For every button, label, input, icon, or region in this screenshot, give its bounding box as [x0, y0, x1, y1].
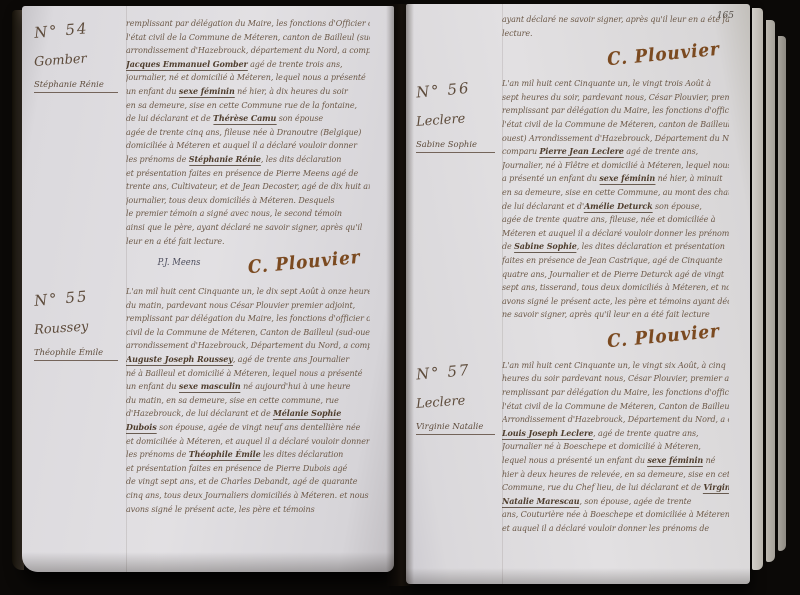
manuscript-line: Journalier, né à Flêtre et domicilié à M…: [502, 160, 729, 174]
manuscript-line: de vingt sept ans, et de Charles Debandt…: [126, 476, 370, 490]
record-margin: N° 55RousseyThéophile Émile: [26, 286, 126, 517]
manuscript-line: les prénoms de Théophile Émile les dites…: [126, 449, 370, 463]
text-segment: né aujourd'hui à une heure: [241, 382, 351, 392]
manuscript-line: les prénoms de Stéphanie Rénie, les dits…: [126, 154, 370, 168]
manuscript-line: domiciliée à Méteren et auquel il a décl…: [126, 140, 370, 154]
text-segment: son épouse, agée de vingt neuf ans dente…: [157, 423, 361, 433]
manuscript-line: avons signé le présent acte, les père et…: [126, 504, 370, 518]
text-segment: , agé de trente ans Journalier: [233, 355, 349, 365]
text-segment: civil de la Commune de Méteren, Canton d…: [126, 328, 370, 338]
underlined-name: sexe féminin: [179, 87, 235, 98]
book-gutter: [386, 4, 414, 586]
underlined-name: sexe féminin: [647, 456, 703, 467]
manuscript-line: du matin, en sa demeure, sise en cette c…: [126, 395, 370, 409]
underlined-name: Dubois: [126, 423, 157, 434]
manuscript-line: avons signé le présent acte, les père et…: [502, 296, 729, 310]
text-segment: de vingt sept ans, et de Charles Debandt…: [126, 477, 357, 487]
text-segment: un enfant du: [126, 382, 179, 392]
text-segment: , son épouse, agée de trente: [579, 497, 691, 507]
text-segment: le premier témoin a signé avec nous, le …: [126, 209, 342, 219]
text-segment: un enfant du: [126, 87, 179, 97]
birth-record: ayant déclaré ne savoir signer, après qu…: [408, 14, 746, 70]
text-segment: du matin, pardevant nous César Plouvier …: [126, 301, 355, 311]
manuscript-line: remplissant par délégation du Maire, les…: [502, 387, 729, 401]
text-segment: remplissant par délégation du Maire, les…: [502, 106, 729, 116]
underlined-name: Virginie: [703, 483, 729, 494]
manuscript-line: hier à deux heures de relevée, en sa dem…: [502, 469, 729, 483]
text-segment: trente ans, Cultivateur, et de Jean Deco…: [126, 182, 370, 192]
record-given-names: Stéphanie Rénie: [34, 79, 122, 89]
manuscript-line: arrondissement d'Hazebrouck, Département…: [126, 340, 370, 354]
text-segment: et auquel il a déclaré vouloir donner le…: [502, 524, 709, 534]
manuscript-line: Journalier né à Boeschepe et domicilié à…: [502, 441, 729, 455]
underlined-name: Louis Joseph Leclere: [502, 429, 593, 440]
text-segment: , les dits déclaration: [261, 155, 341, 165]
text-segment: et domiciliée à Méteren, et auquel il a …: [126, 437, 370, 447]
record-given-names: Sabine Sophie: [416, 139, 498, 149]
text-segment: journalier, tous deux domiciliés à Méter…: [126, 196, 334, 206]
manuscript-line: le premier témoin a signé avec nous, le …: [126, 208, 370, 222]
underlined-name: Auguste Joseph Roussey: [126, 355, 233, 366]
text-segment: avons signé le présent acte, les père et…: [126, 505, 315, 515]
page-number: 165: [717, 11, 734, 21]
text-segment: l'état civil de la Commune de Méteren, C…: [502, 402, 729, 412]
text-segment: d'Hazebrouck, de lui déclarant et de: [126, 409, 273, 419]
manuscript-line: et présentation faites en présence de Pi…: [126, 168, 370, 182]
text-segment: son épouse,: [653, 202, 702, 212]
text-segment: les prénoms de: [126, 155, 189, 165]
manuscript-line: en sa demeure, sise en cette Commune, au…: [502, 187, 729, 201]
manuscript-line: Commune, rue du Chef lieu, de lui déclar…: [502, 482, 729, 496]
right-page: 165 ayant déclaré ne savoir signer, aprè…: [406, 4, 750, 584]
text-segment: Commune, rue du Chef lieu, de lui déclar…: [502, 483, 703, 493]
text-segment: né: [703, 456, 715, 466]
text-segment: Méteren et auquel il a déclaré vouloir d…: [502, 229, 729, 239]
text-segment: et présentation faites en présence de Pi…: [126, 169, 358, 179]
underlined-name: sexe féminin: [599, 174, 655, 185]
text-segment: né hier, à dix heures du soir: [235, 87, 348, 97]
text-segment: agée de trente quatre ans, fileuse, née …: [502, 215, 715, 225]
record-margin: N° 56LeclereSabine Sophie: [408, 78, 502, 352]
text-segment: journalier, né et domicilié à Méteren, l…: [126, 73, 366, 83]
manuscript-line: arrondissement d'Hazebrouck, département…: [126, 45, 370, 59]
text-segment: arrondissement d'Hazebrouck, département…: [126, 46, 370, 56]
text-segment: de: [502, 242, 514, 252]
manuscript-line: faites en présence de Jean Castrique, ag…: [502, 255, 729, 269]
record-margin: N° 54GomberStéphanie Rénie: [26, 18, 126, 278]
record-number: N° 54: [33, 16, 122, 42]
text-segment: L'an mil huit cent Cinquante un, le ving…: [502, 361, 726, 371]
margin-underline: [34, 92, 118, 93]
underlined-name: Stéphanie Rénie: [189, 155, 261, 166]
record-surname: Leclere: [416, 109, 499, 130]
text-segment: cinq ans, tous deux Journaliers domicili…: [126, 491, 369, 501]
signature-officer: C. Plouvier: [606, 39, 720, 70]
text-segment: les prénoms de: [126, 450, 189, 460]
birth-record: N° 55RousseyThéophile ÉmileL'an mil huit…: [26, 286, 388, 517]
text-segment: agée de trente cinq ans, fileuse née à D…: [126, 128, 361, 138]
text-segment: a présenté un enfant du: [502, 174, 599, 184]
text-segment: et présentation faites en présence de Pi…: [126, 464, 347, 474]
text-segment: ouest) Arrondissement d'Hazebrouck, Dépa…: [502, 134, 729, 144]
manuscript-line: ainsi que le père, ayant déclaré ne savo…: [126, 222, 370, 236]
text-segment: Journalier né à Boeschepe et domicilié à…: [502, 442, 701, 452]
left-page-records: N° 54GomberStéphanie Rénieremplissant pa…: [26, 18, 388, 525]
text-segment: sept ans, tisserand, tous deux domicilié…: [502, 283, 729, 293]
text-segment: remplissant par délégation du Maire, les…: [126, 19, 370, 29]
manuscript-line: ouest) Arrondissement d'Hazebrouck, Dépa…: [502, 133, 729, 147]
manuscript-line: sept ans, tisserand, tous deux domicilié…: [502, 282, 729, 296]
manuscript-line: de lui déclarant et de Thérèse Camu son …: [126, 113, 370, 127]
text-segment: en sa demeure, sise en cette Commune, au…: [502, 188, 729, 198]
manuscript-line: cinq ans, tous deux Journaliers domicili…: [126, 490, 370, 504]
text-segment: , agé de trente quatre ans,: [593, 429, 698, 439]
manuscript-line: et domiciliée à Méteren, et auquel il a …: [126, 436, 370, 450]
text-segment: arrondissement d'Hazebrouck, Département…: [126, 341, 370, 351]
text-segment: avons signé le présent acte, les père et…: [502, 297, 729, 307]
page-edge: [778, 36, 786, 551]
manuscript-line: lecture.: [502, 28, 729, 42]
manuscript-line: L'an mil huit cent Cinquante un, le ving…: [502, 78, 729, 92]
record-number: N° 55: [33, 284, 122, 310]
signature-row: P.J. MeensC. Plouvier: [126, 249, 370, 278]
manuscript-line: remplissant par délégation du Maire, les…: [126, 18, 370, 32]
text-segment: hier à deux heures de relevée, en sa dem…: [502, 470, 729, 480]
text-segment: remplissant par délégation du Maire, les…: [502, 388, 729, 398]
manuscript-line: comparu Pierre Jean Leclere agé de trent…: [502, 146, 729, 160]
manuscript-line: a présenté un enfant du sexe féminin né …: [502, 173, 729, 187]
margin-underline: [416, 152, 495, 153]
text-segment: ne savoir signer, après qu'il leur en a …: [502, 310, 710, 320]
manuscript-line: journalier, né et domicilié à Méteren, l…: [126, 72, 370, 86]
record-number: N° 56: [415, 77, 498, 102]
record-text: L'an mil huit cent Cinquante un, le dix …: [126, 286, 370, 517]
manuscript-line: agée de trente cinq ans, fileuse née à D…: [126, 127, 370, 141]
underlined-name: Pierre Jean Leclere: [540, 147, 624, 158]
manuscript-line: ans, Couturière née à Boeschepe et domic…: [502, 509, 729, 523]
text-segment: né hier, à minuit: [655, 174, 722, 184]
record-surname: Gomber: [34, 49, 123, 70]
manuscript-line: ne savoir signer, après qu'il leur en a …: [502, 309, 729, 323]
underlined-name: Mélanie Sophie: [273, 409, 341, 420]
record-text: L'an mil huit cent Cinquante un, le ving…: [502, 360, 729, 537]
manuscript-line: un enfant du sexe masculin né aujourd'hu…: [126, 381, 370, 395]
signature-officer: C. Plouvier: [606, 321, 720, 352]
manuscript-line: journalier, tous deux domiciliés à Méter…: [126, 195, 370, 209]
signature-officer: C. Plouvier: [247, 247, 361, 278]
manuscript-line: L'an mil huit cent Cinquante un, le ving…: [502, 360, 729, 374]
manuscript-line: L'an mil huit cent Cinquante un, le dix …: [126, 286, 370, 300]
text-segment: ainsi que le père, ayant déclaré ne savo…: [126, 223, 362, 233]
margin-underline: [34, 360, 118, 361]
text-segment: quatre ans, Journalier et de Pierre Detu…: [502, 270, 724, 280]
text-segment: l'état civil de la Commune de Méteren, c…: [502, 120, 729, 130]
manuscript-line: Louis Joseph Leclere, agé de trente quat…: [502, 428, 729, 442]
record-margin: N° 57LeclereVirginie Natalie: [408, 360, 502, 537]
manuscript-line: et présentation faites en présence de Pi…: [126, 463, 370, 477]
underlined-name: Théophile Émile: [189, 450, 261, 461]
text-segment: faites en présence de Jean Castrique, ag…: [502, 256, 723, 266]
manuscript-line: sept heures du soir, pardevant nous, Cés…: [502, 92, 729, 106]
register-book-photograph: N° 54GomberStéphanie Rénieremplissant pa…: [0, 0, 800, 595]
manuscript-line: leur en a été fait lecture.: [126, 236, 370, 250]
manuscript-line: Arrondissement d'Hazebrouck, Département…: [502, 414, 729, 428]
manuscript-line: du matin, pardevant nous César Plouvier …: [126, 300, 370, 314]
left-page: N° 54GomberStéphanie Rénieremplissant pa…: [22, 6, 394, 572]
manuscript-line: remplissant par délégation du Maire, les…: [126, 313, 370, 327]
underlined-name: Sabine Sophie: [514, 242, 577, 253]
manuscript-line: et auquel il a déclaré vouloir donner le…: [502, 523, 729, 537]
text-segment: Arrondissement d'Hazebrouck, Département…: [502, 415, 729, 425]
text-segment: lequel nous a présenté un enfant du: [502, 456, 647, 466]
underlined-name: Amélie Deturck: [584, 202, 653, 213]
underlined-name: Natalie Marescau: [502, 497, 579, 508]
record-number: N° 57: [415, 358, 498, 383]
record-text: ayant déclaré ne savoir signer, après qu…: [502, 14, 729, 70]
birth-record: N° 57LeclereVirginie NatalieL'an mil hui…: [408, 360, 746, 537]
manuscript-line: d'Hazebrouck, de lui déclarant et de Mél…: [126, 408, 370, 422]
record-text: remplissant par délégation du Maire, les…: [126, 18, 370, 278]
text-segment: né à Bailleul et domicilié à Méteren, le…: [126, 369, 362, 379]
manuscript-line: civil de la Commune de Méteren, Canton d…: [126, 327, 370, 341]
text-segment: les dites déclaration: [261, 450, 344, 460]
signature-row: C. Plouvier: [502, 323, 729, 352]
record-margin: [408, 14, 502, 70]
manuscript-line: trente ans, Cultivateur, et de Jean Deco…: [126, 181, 370, 195]
text-segment: remplissant par délégation du Maire, les…: [126, 314, 370, 324]
record-text: L'an mil huit cent Cinquante un, le ving…: [502, 78, 729, 352]
manuscript-line: Jacques Emmanuel Gomber agé de trente tr…: [126, 59, 370, 73]
text-segment: agé de trente trois ans,: [248, 60, 343, 70]
right-page-records: ayant déclaré ne savoir signer, après qu…: [408, 14, 746, 545]
text-segment: en sa demeure, sise en cette Commune rue…: [126, 101, 357, 111]
record-surname: Roussey: [34, 317, 123, 338]
manuscript-line: heures du soir pardevant nous, César Plo…: [502, 373, 729, 387]
record-surname: Leclere: [416, 391, 499, 412]
text-segment: son épouse: [276, 114, 323, 124]
manuscript-line: lequel nous a présenté un enfant du sexe…: [502, 455, 729, 469]
text-segment: leur en a été fait lecture.: [126, 237, 224, 247]
manuscript-line: agée de trente quatre ans, fileuse, née …: [502, 214, 729, 228]
manuscript-line: de Sabine Sophie, les dites déclaration …: [502, 241, 729, 255]
signature-row: C. Plouvier: [502, 41, 729, 70]
text-segment: ayant déclaré ne savoir signer, après qu…: [502, 15, 729, 25]
text-segment: lecture.: [502, 29, 532, 39]
manuscript-line: ayant déclaré ne savoir signer, après qu…: [502, 14, 729, 28]
manuscript-line: l'état civil de la Commune de Méteren, C…: [502, 401, 729, 415]
text-segment: L'an mil huit cent Cinquante un, le dix …: [126, 287, 370, 297]
text-segment: domiciliée à Méteren et auquel il a décl…: [126, 141, 357, 151]
manuscript-line: Auguste Joseph Roussey, agé de trente an…: [126, 354, 370, 368]
signature-witness: P.J. Meens: [158, 258, 201, 268]
text-segment: l'état civil de la Commune de Méteren, c…: [126, 33, 370, 43]
underlined-name: Jacques Emmanuel Gomber: [126, 60, 248, 71]
text-segment: L'an mil huit cent Cinquante un, le ving…: [502, 79, 711, 89]
margin-underline: [416, 434, 495, 435]
text-segment: de lui déclarant et de: [126, 114, 213, 124]
text-segment: du matin, en sa demeure, sise en cette c…: [126, 396, 339, 406]
manuscript-line: Natalie Marescau, son épouse, agée de tr…: [502, 496, 729, 510]
manuscript-line: remplissant par délégation du Maire, les…: [502, 105, 729, 119]
page-edge: [752, 8, 763, 570]
manuscript-line: un enfant du sexe féminin né hier, à dix…: [126, 86, 370, 100]
underlined-name: Thérèse Camu: [213, 114, 276, 125]
record-given-names: Virginie Natalie: [416, 421, 498, 431]
birth-record: N° 54GomberStéphanie Rénieremplissant pa…: [26, 18, 388, 278]
manuscript-line: Méteren et auquel il a déclaré vouloir d…: [502, 228, 729, 242]
manuscript-line: l'état civil de la Commune de Méteren, c…: [126, 32, 370, 46]
text-segment: , les dites déclaration et présentation: [577, 242, 725, 252]
page-edge: [766, 20, 775, 562]
manuscript-line: Dubois son épouse, agée de vingt neuf an…: [126, 422, 370, 436]
record-given-names: Théophile Émile: [34, 347, 122, 357]
manuscript-line: quatre ans, Journalier et de Pierre Detu…: [502, 269, 729, 283]
manuscript-line: né à Bailleul et domicilié à Méteren, le…: [126, 368, 370, 382]
manuscript-line: de lui déclarant et d'Amélie Deturck son…: [502, 201, 729, 215]
text-segment: de lui déclarant et d': [502, 202, 584, 212]
text-segment: Journalier, né à Flêtre et domicilié à M…: [502, 161, 729, 171]
manuscript-line: en sa demeure, sise en cette Commune rue…: [126, 100, 370, 114]
text-segment: comparu: [502, 147, 540, 157]
underlined-name: sexe masculin: [179, 382, 241, 393]
text-segment: agé de trente ans,: [624, 147, 698, 157]
text-segment: heures du soir pardevant nous, César Plo…: [502, 374, 729, 384]
manuscript-line: l'état civil de la Commune de Méteren, c…: [502, 119, 729, 133]
birth-record: N° 56LeclereSabine SophieL'an mil huit c…: [408, 78, 746, 352]
text-segment: ans, Couturière née à Boeschepe et domic…: [502, 510, 729, 520]
text-segment: sept heures du soir, pardevant nous, Cés…: [502, 93, 729, 103]
